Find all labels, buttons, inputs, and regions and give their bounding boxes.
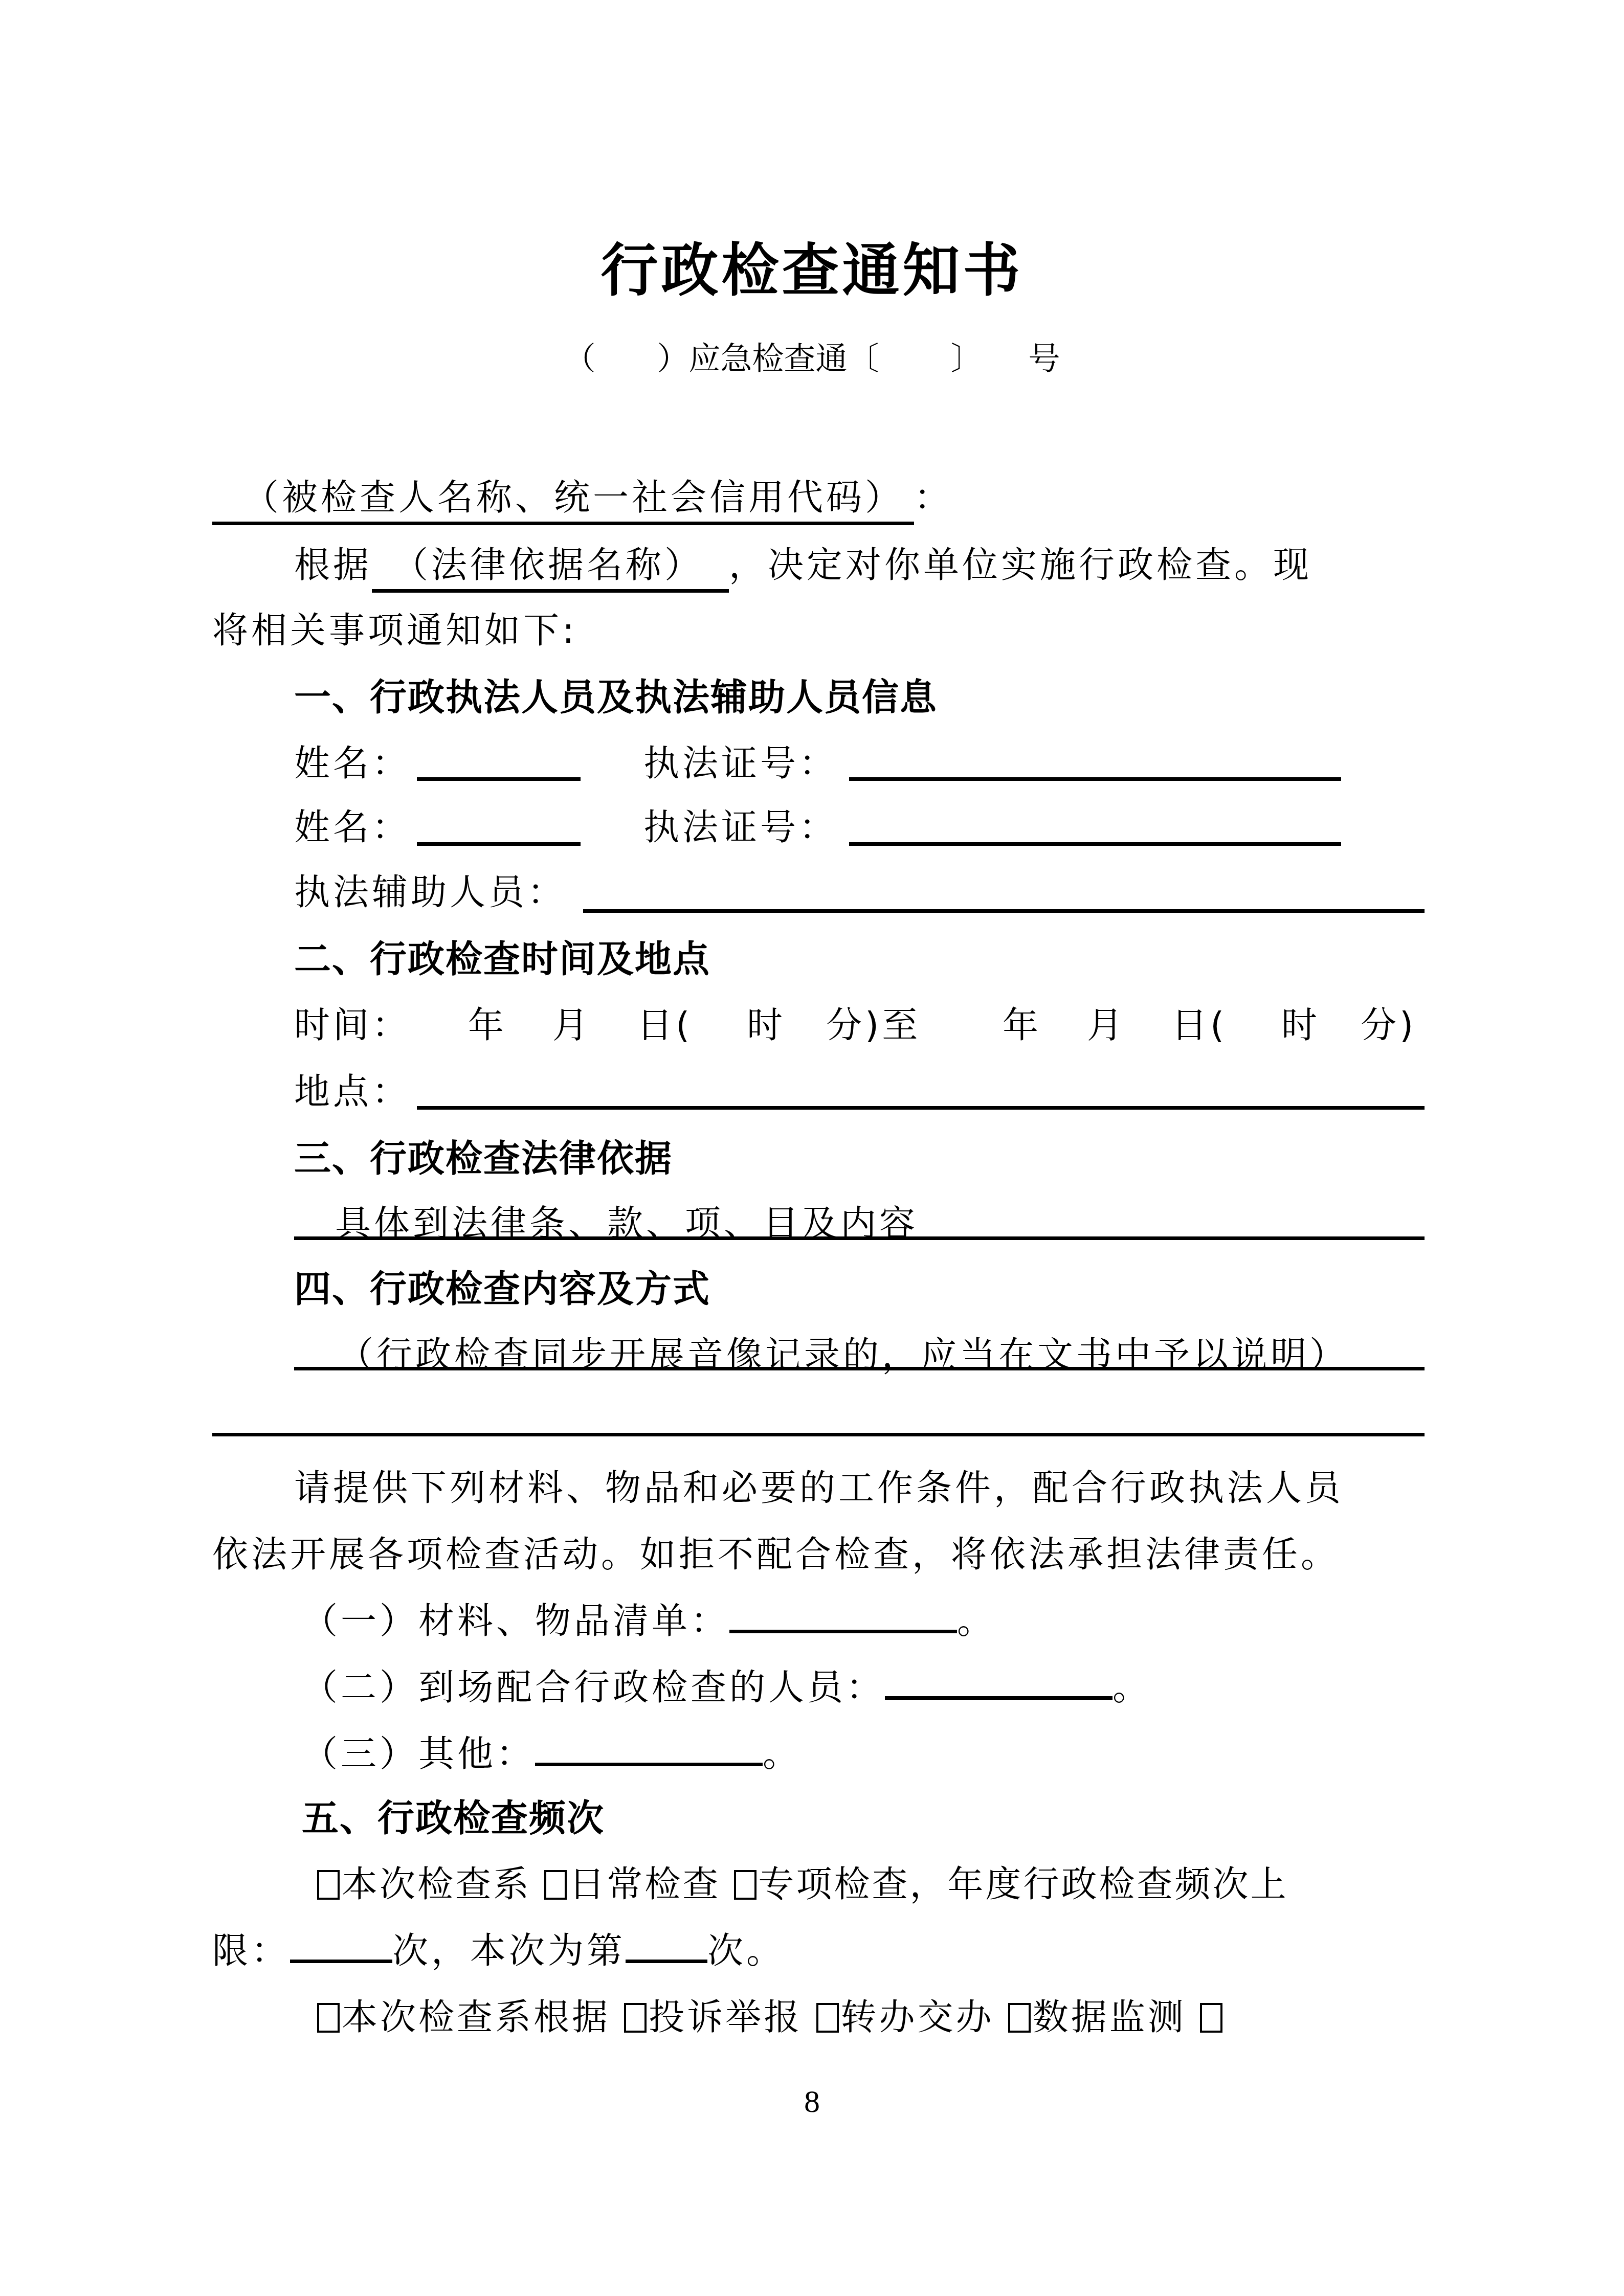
personnel-label: （二）到场配合行政检查的人员： <box>302 1667 885 1708</box>
time-label: 时间： <box>294 1002 411 1048</box>
section2-heading: 二、行政检查时间及地点 <box>294 936 710 982</box>
name-label: 姓名： <box>294 806 411 848</box>
section4-heading: 四、行政检查内容及方式 <box>294 1266 710 1312</box>
checkbox-complaint-report[interactable] <box>624 2003 647 2033</box>
checkbox-routine-inspection[interactable] <box>544 1870 567 1900</box>
checkbox-other[interactable] <box>1200 2003 1222 2033</box>
other-end: 。 <box>763 1733 802 1775</box>
document-number: （）应急检查通〔〕号 <box>0 333 1624 379</box>
doc-prefix: 应急检查通 <box>688 340 847 377</box>
time-month-start: 月 <box>552 1002 591 1048</box>
section3-heading: 三、行政检查法律依据 <box>294 1135 673 1181</box>
option-complaint: 投诉举报 <box>649 1996 802 2038</box>
place-label: 地点： <box>294 1069 411 1115</box>
time-year-start: 年 <box>468 1002 507 1048</box>
officer-2-name-field[interactable] <box>417 842 581 846</box>
times-mid: 次，本次为第 <box>392 1930 626 1972</box>
request-item-2: （二）到场配合行政检查的人员：。 <box>302 1664 1151 1710</box>
intro-lead: 根据 <box>294 544 372 586</box>
limit-label: 限： <box>212 1930 290 1972</box>
content-method-underline-2[interactable] <box>212 1433 1425 1436</box>
request-item-1: （一）材料、物品清单：。 <box>302 1598 996 1644</box>
time-minute-start: 分)至 <box>826 1002 921 1048</box>
frequency-limit-row: 限：次，本次为第次。 <box>212 1928 785 1974</box>
current-count-field[interactable] <box>626 1928 707 1963</box>
intro-line-2: 将相关事项通知如下: <box>212 607 577 654</box>
year-open-bracket: 〔 <box>848 340 879 377</box>
content-method-field[interactable]: （行政检查同步开展音像记录的，应当在文书中予以说明） <box>338 1332 1348 1378</box>
addressee-line: （被检查人名称、统一社会信用代码）： <box>212 475 953 525</box>
materials-field[interactable] <box>729 1598 957 1633</box>
times-end: 次。 <box>707 1930 785 1972</box>
page-number: 8 <box>0 2084 1624 2120</box>
request-line-2: 依法开展各项检查活动。如拒不配合检查，将依法承担法律责任。 <box>212 1532 1340 1578</box>
cert-label-1: 执法证号： <box>643 740 838 786</box>
name-label: 姓名： <box>294 742 411 784</box>
time-day-start: 日( <box>637 1002 693 1048</box>
other-label: （三）其他： <box>302 1733 535 1775</box>
option-based-on: 本次检查系根据 <box>342 1996 610 2038</box>
time-hour-end: 时 <box>1281 1002 1320 1048</box>
time-day-end: 日( <box>1171 1002 1227 1048</box>
document-title: 行政检查通知书 <box>0 225 1624 307</box>
personnel-end: 。 <box>1113 1667 1151 1708</box>
assistant-field[interactable] <box>583 909 1425 913</box>
officer-row-2: 姓名： <box>294 804 411 850</box>
annual-limit-field[interactable] <box>290 1928 392 1963</box>
time-year-end: 年 <box>1003 1002 1041 1048</box>
personnel-field[interactable] <box>885 1664 1113 1700</box>
frequency-row-1: 本次检查系 日常检查 专项检查，年度行政检查频次上 <box>317 1861 1288 1907</box>
section5-heading: 五、行政检查频次 <box>302 1795 605 1841</box>
section1-heading: 一、行政执法人员及执法辅助人员信息 <box>294 674 938 720</box>
other-field[interactable] <box>535 1731 763 1766</box>
legal-basis-field[interactable]: （法律依据名称） <box>372 542 729 593</box>
checkbox-icon[interactable] <box>317 2003 340 2033</box>
time-month-end: 月 <box>1087 1002 1126 1048</box>
content-method-underline-1 <box>294 1367 1425 1370</box>
org-open-paren: （ <box>564 340 595 377</box>
request-item-3: （三）其他：。 <box>302 1731 802 1777</box>
frequency-row-2: 本次检查系根据 投诉举报 转办交办 数据监测 <box>317 1994 1225 2040</box>
intro-rest: ，决定对你单位实施行政检查。现 <box>729 544 1312 586</box>
number-suffix: 号 <box>1029 340 1060 377</box>
place-field[interactable] <box>417 1106 1425 1110</box>
addressee-colon: ： <box>914 477 953 519</box>
officer-row-1: 姓名： <box>294 740 411 786</box>
request-line-1: 请提供下列材料、物品和必要的工作条件，配合行政执法人员 <box>294 1465 1344 1511</box>
addressee-field[interactable]: （被检查人名称、统一社会信用代码） <box>212 475 914 525</box>
checkbox-icon[interactable] <box>317 1870 340 1900</box>
option-routine: 日常检查 <box>569 1863 720 1905</box>
cert-label-2: 执法证号： <box>643 804 838 850</box>
officer-1-name-field[interactable] <box>417 777 581 781</box>
officer-2-cert-field[interactable] <box>849 842 1341 846</box>
time-minute-end: 分) <box>1361 1002 1416 1048</box>
materials-label: （一）材料、物品清单： <box>302 1600 729 1642</box>
org-close-paren: ） <box>657 340 688 377</box>
option-this-inspection: 本次检查系 <box>342 1863 531 1905</box>
option-special: 专项检查，年度行政检查频次上 <box>759 1863 1288 1905</box>
option-referral: 转办交办 <box>841 1996 994 2038</box>
checkbox-data-monitoring[interactable] <box>1008 2003 1031 2033</box>
checkbox-special-inspection[interactable] <box>734 1870 757 1900</box>
checkbox-referral[interactable] <box>816 2003 839 2033</box>
time-hour-start: 时 <box>747 1002 786 1048</box>
materials-end: 。 <box>957 1600 996 1642</box>
officer-1-cert-field[interactable] <box>849 777 1341 781</box>
intro-line-1: 根据（法律依据名称），决定对你单位实施行政检查。现 <box>294 542 1312 593</box>
assistant-label: 执法辅助人员： <box>294 869 566 915</box>
year-close-bracket: 〕 <box>951 340 983 377</box>
legal-provision-underline <box>294 1236 1425 1240</box>
option-data-monitoring: 数据监测 <box>1033 1996 1186 2038</box>
